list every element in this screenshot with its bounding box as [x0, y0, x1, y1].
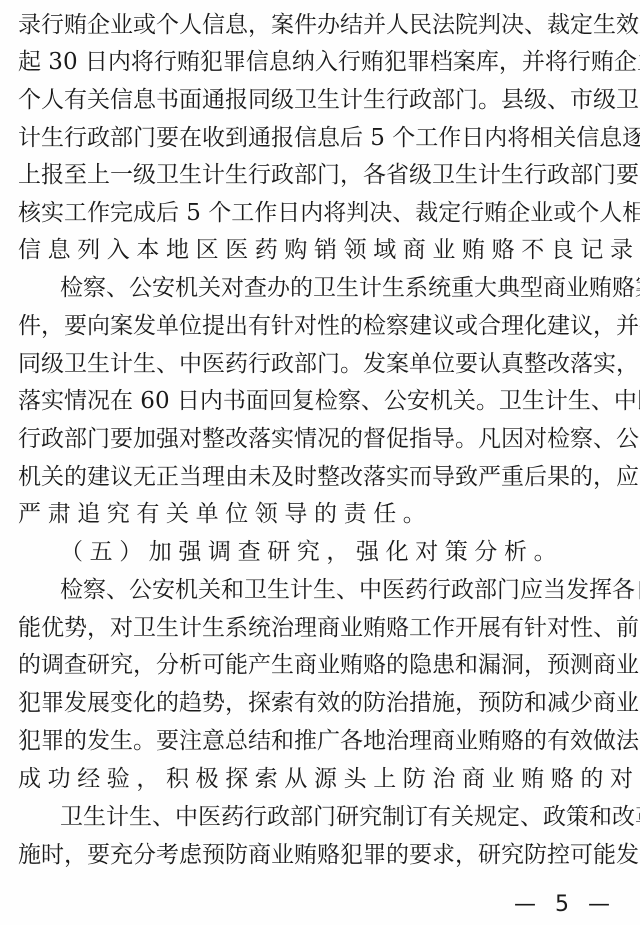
section-heading-5: （五）加强调查研究，强化对策分析。	[60, 535, 620, 569]
text-line-7: 信息列入本地区医药购销领域商业贿赂不良记录，予以公布。	[18, 233, 620, 267]
paragraph-start-line-8: 检察、公安机关对查办的卫生计生系统重大典型商业贿赂案	[60, 271, 620, 305]
text-line-21: 成功经验，积极探索从源头上防治商业贿赂的对策措施。	[18, 762, 620, 796]
text-line-5: 上报至上一级卫生计生行政部门，各省级卫生计生行政部门要在	[18, 158, 620, 192]
text-line-23: 施时，要充分考虑预防商业贿赂犯罪的要求，研究防控可能发生商	[18, 838, 620, 872]
text-line-18: 的调查研究，分析可能产生商业贿赂的隐患和漏洞，预测商业贿赂	[18, 648, 620, 682]
text-line-13: 机关的建议无正当理由未及时整改落实而导致严重后果的，应当	[18, 460, 620, 494]
paragraph-start-line-16: 检察、公安机关和卫生计生、中医药行政部门应当发挥各自职	[60, 573, 620, 607]
document-page: 录行贿企业或个人信息，案件办结并人民法院判决、裁定生效之日 起 30 日内将行贿…	[0, 0, 640, 925]
text-line-6: 核实工作完成后 5 个工作日内将判决、裁定行贿企业或个人相关	[18, 196, 620, 230]
text-line-12: 行政部门要加强对整改落实情况的督促指导。凡因对检察、公安	[18, 422, 620, 456]
text-line-4: 计生行政部门要在收到通报信息后 5 个工作日内将相关信息逐级	[18, 121, 620, 155]
page-number: — 5 —	[514, 890, 616, 920]
text-line-10: 同级卫生计生、中医药行政部门。发案单位要认真整改落实，并将	[18, 347, 620, 381]
text-line-9: 件，要向案发单位提出有针对性的检察建议或合理化建议，并抄送	[18, 309, 620, 343]
text-line-14: 严肃追究有关单位领导的责任。	[18, 497, 620, 531]
text-line-1: 录行贿企业或个人信息，案件办结并人民法院判决、裁定生效之日	[18, 8, 620, 42]
text-line-11: 落实情况在 60 日内书面回复检察、公安机关。卫生计生、中医药	[18, 384, 620, 418]
text-line-19: 犯罪发展变化的趋势，探索有效的防治措施，预防和减少商业贿赂	[18, 686, 620, 720]
text-line-17: 能优势，对卫生计生系统治理商业贿赂工作开展有针对性、前瞻性	[18, 611, 620, 645]
text-line-20: 犯罪的发生。要注意总结和推广各地治理商业贿赂的有效做法和	[18, 724, 620, 758]
text-line-3: 个人有关信息书面通报同级卫生计生行政部门。县级、市级卫生	[18, 83, 620, 117]
paragraph-start-line-22: 卫生计生、中医药行政部门研究制订有关规定、政策和改革措	[60, 800, 620, 834]
text-line-2: 起 30 日内将行贿犯罪信息纳入行贿犯罪档案库，并将行贿企业或	[18, 45, 620, 79]
